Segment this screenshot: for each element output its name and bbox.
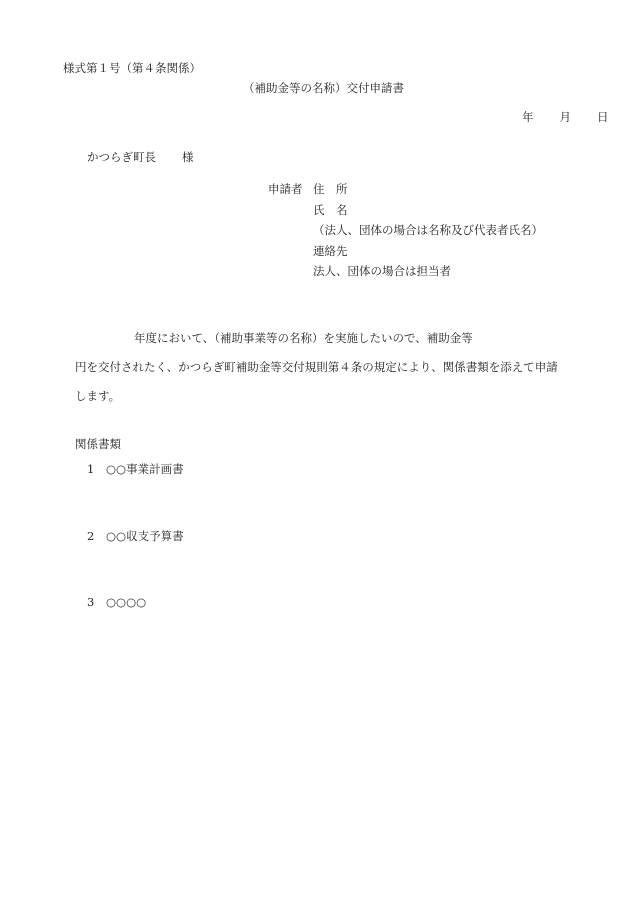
year-label: 年 [522,112,534,124]
date-line: 年月日 [496,112,609,124]
applicant-contact-label: 連絡先 [313,246,543,267]
related-document-item: 2○○収支予算書 [87,531,184,543]
applicant-contact-note: 法人、団体の場合は担当者 [313,266,543,287]
applicant-name-note: （法人、団体の場合は名称及び代表者氏名） [313,225,543,246]
item-label: ○○事業計画書 [106,462,184,476]
applicant-address-label: 住 所 [313,184,543,205]
body-text-line-3: します。 [75,391,120,403]
addressee-honorific: 様 [182,150,194,164]
item-label: ○○収支予算書 [106,529,184,543]
item-number: 2 [87,531,106,543]
body-text-line-1: 年度において、（補助事業等の名称）を実施したいので、補助金等 [134,333,473,345]
applicant-name-label: 氏 名 [313,205,543,226]
addressee: かつらぎ町長様 [87,152,194,164]
form-number: 様式第１号（第４条関係） [63,63,201,75]
related-document-item: 1○○事業計画書 [87,464,184,476]
item-label: ○○○○ [106,595,146,609]
item-number: 1 [87,464,106,476]
month-label: 月 [560,112,572,124]
applicant-label: 申請者 [268,184,303,196]
day-label: 日 [597,112,609,124]
related-documents-heading: 関係書類 [75,439,121,451]
body-text-line-2: 円を交付されたく、かつらぎ町補助金等交付規則第４条の規定により、関係書類を添えて… [75,362,558,374]
addressee-name: かつらぎ町長 [87,150,156,164]
item-number: 3 [87,597,106,609]
applicant-fields: 住 所 氏 名 （法人、団体の場合は名称及び代表者氏名） 連絡先 法人、団体の場… [313,184,543,287]
document-title: （補助金等の名称）交付申請書 [243,83,404,95]
related-document-item: 3○○○○ [87,597,146,609]
